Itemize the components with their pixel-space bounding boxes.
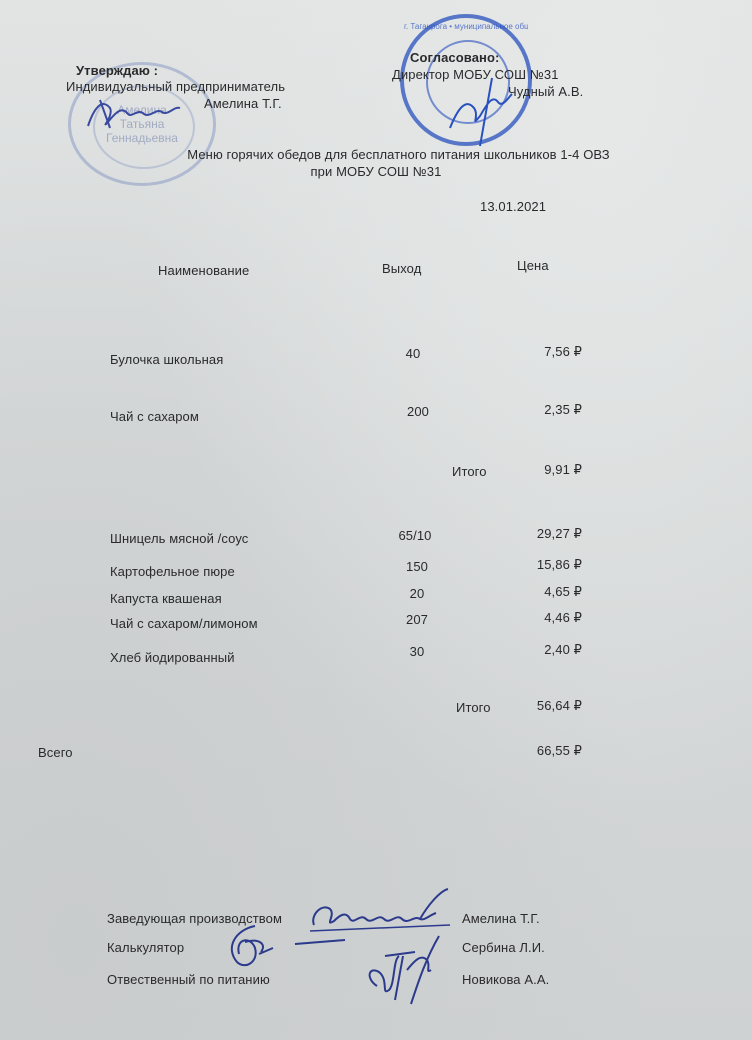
item-price: 2,40 ₽ [482, 642, 582, 658]
signature-role: Калькулятор [107, 940, 184, 955]
calculator-signature [215, 918, 355, 978]
approve-name: Амелина Т.Г. [204, 96, 282, 111]
header-output: Выход [382, 261, 421, 276]
item-name: Шницель мясной /соус [110, 531, 248, 546]
item-price: 4,65 ₽ [482, 584, 582, 600]
item-output: 65/10 [375, 528, 455, 543]
approve-heading: Утверждаю : [76, 63, 158, 78]
item-name: Чай с сахаром/лимоном [110, 616, 258, 631]
document-subtitle: при МОБУ СОШ №31 [0, 164, 752, 179]
item-output: 207 [377, 612, 457, 627]
subtotal-value: 56,64 ₽ [482, 698, 582, 714]
item-output: 200 [378, 404, 458, 419]
signature-role: Отвественный по питанию [107, 972, 270, 987]
item-output: 40 [373, 346, 453, 361]
menu-date: 13.01.2021 [480, 199, 546, 214]
item-price: 15,86 ₽ [482, 557, 582, 573]
total-label: Всего [38, 745, 73, 760]
approve-position: Индивидуальный предприниматель [66, 79, 285, 94]
item-name: Булочка школьная [110, 352, 223, 367]
item-name: Чай с сахаром [110, 409, 199, 424]
stamp-text-line: Амелина [71, 103, 213, 117]
stamp-text-line: Татьяна [71, 117, 213, 131]
item-name: Картофельное пюре [110, 564, 235, 579]
header-name: Наименование [158, 263, 249, 278]
head-of-production-signature [300, 885, 460, 945]
item-output: 150 [377, 559, 457, 574]
stamp-ring-text: г. Таганрога • муниципальное общеобразов… [404, 22, 528, 31]
subtotal-value: 9,91 ₽ [482, 462, 582, 478]
agree-name: Чудный А.В. [508, 84, 583, 99]
document-title: Меню горячих обедов для бесплатного пита… [0, 147, 752, 162]
item-output: 20 [377, 586, 457, 601]
agree-heading: Согласовано: [410, 50, 499, 65]
agree-position: Директор МОБУ СОШ №31 [392, 67, 559, 82]
signature-name: Новикова А.А. [462, 972, 549, 987]
total-value: 66,55 ₽ [482, 743, 582, 759]
item-price: 2,35 ₽ [482, 402, 582, 418]
item-price: 7,56 ₽ [482, 344, 582, 360]
nutrition-officer-signature [355, 930, 455, 1010]
item-name: Хлеб йодированный [110, 650, 235, 665]
header-price: Цена [517, 258, 549, 273]
signature-name: Сербина Л.И. [462, 940, 545, 955]
item-price: 4,46 ₽ [482, 610, 582, 626]
item-price: 29,27 ₽ [482, 526, 582, 542]
signature-role: Заведующая производством [107, 911, 282, 926]
signature-name: Амелина Т.Г. [462, 911, 540, 926]
item-output: 30 [377, 644, 457, 659]
item-name: Капуста квашеная [110, 591, 222, 606]
stamp-text-line: Геннадьевна [71, 131, 213, 145]
